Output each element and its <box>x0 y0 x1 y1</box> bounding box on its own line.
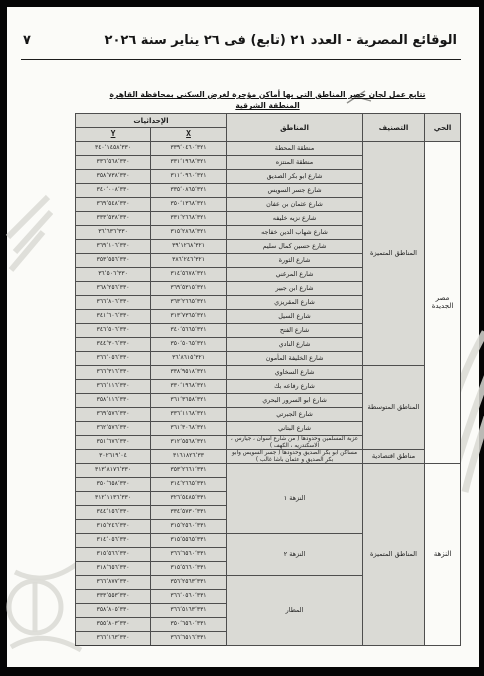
cell-area: شارع حسين كمال سليم <box>227 240 363 254</box>
cell-x-coordinate: ٣٣١٬٢٦٦٨٬٣٢١ <box>151 212 227 226</box>
document-title-line1: تتابع عمل لجان حصر المناطق التى بها أماك… <box>75 89 460 100</box>
document-title: تتابع عمل لجان حصر المناطق التى بها أماك… <box>75 89 460 113</box>
cell-classification: مناطق اقتصادية <box>363 450 425 464</box>
col-header-district: الحي <box>425 114 461 142</box>
cell-y-coordinate: ٣١٥٬٢٤٦٬٣٣٠ <box>76 520 151 534</box>
col-header-x: X <box>151 128 227 142</box>
cell-x-coordinate: ٣٦١٬٣٦٥٨٬٣٢١ <box>151 394 227 408</box>
cell-x-coordinate: ٣١٥٬٢٥٦٠٬٣٣١ <box>151 520 227 534</box>
cell-x-coordinate: ٣٤٠٬٥٦٦٥٬٣٢١ <box>151 324 227 338</box>
cell-y-coordinate: ٣١٥٬٥٦٦٬٣٣٠ <box>76 548 151 562</box>
cell-area: النزهة ٢ <box>227 534 363 576</box>
cell-area: شارع الفتح <box>227 324 363 338</box>
cell-x-coordinate: ٣٦٦٬٥١٦٣٬٣٣١ <box>151 604 227 618</box>
col-header-classification: التصنيف <box>363 114 425 142</box>
cell-district: النزهة <box>425 464 461 646</box>
cell-x-coordinate: ٣٦٦٬٦٥١٦٬٣٣١ <box>151 632 227 646</box>
cell-x-coordinate: ٣٩٬١٢٦٨٬٣٢١ <box>151 240 227 254</box>
table-header: الحي التصنيف المناطق الإحداثيات X Y <box>76 114 461 142</box>
cell-x-coordinate: ٣٦٦٬٠٥٦٠٬٣٣١ <box>151 590 227 604</box>
cell-y-coordinate: ٣٤٠٬١٤٥٨٬٣٣٠ <box>76 142 151 156</box>
cell-y-coordinate: ٣٥٥٬٨٠٣٬٣٣٠ <box>76 618 151 632</box>
cell-y-coordinate: ٣٣٣٬٥٣٨٬٣٣٠ <box>76 212 151 226</box>
cell-classification: المناطق المتميزة <box>363 464 425 646</box>
cell-classification: المناطق المتوسطة <box>363 366 425 450</box>
cell-x-coordinate: ٣٦٬٨٦١٥٬٣٢١ <box>151 352 227 366</box>
cell-x-coordinate: ٣٦٣٬٢٦٦٥٬٣٢١ <box>151 296 227 310</box>
cell-y-coordinate: ٣٦٦٬٨٧٧٬٣٣٠ <box>76 576 151 590</box>
cell-y-coordinate: ٣٥٨٬٧٣٨٬٣٣٠ <box>76 170 151 184</box>
cell-y-coordinate: ٣٦٦٬٠٥٦٬٣٣٠ <box>76 352 151 366</box>
cell-y-coordinate: ٣٠٢٦١٩٬٠٤ <box>76 450 151 464</box>
cell-y-coordinate: ٣١٢٬١١٣٦٬٣٣٠ <box>76 492 151 506</box>
cell-y-coordinate: ٣٤٤٬١٥٦٬٣٣٠ <box>76 506 151 520</box>
scanned-page-frame: الوقائع المصرية - العدد ٢١ (تابع) فى ٢٦ … <box>0 0 484 676</box>
cell-y-coordinate: ٣٤٤٬٣٠٦٬٣٣٠ <box>76 338 151 352</box>
cell-area: شارع ابو بكر الصديق <box>227 170 363 184</box>
cell-y-coordinate: ٣٦٬٥٠٦٬٣٣٠ <box>76 268 151 282</box>
cell-y-coordinate: ٣٦٦٬١٦٣٬٣٣٠ <box>76 632 151 646</box>
cell-x-coordinate: ٣٢٦٬٥٤٨٥٬٣٣١ <box>151 492 227 506</box>
cell-x-coordinate: ٣١٥٬٢٨٦٨٬٣٢١ <box>151 226 227 240</box>
table-row: النزهةالمناطق المتميزةالنزهة ١٣٥٣٬٢٦٦١٬٣… <box>76 464 461 478</box>
cell-y-coordinate: ٣٦٢٬٥٧٦٬٣٣٠ <box>76 422 151 436</box>
cell-area: المطار <box>227 576 363 646</box>
cell-y-coordinate: ٣٤١٬٦٠٦٬٣٣٠ <box>76 310 151 324</box>
cell-y-coordinate: ٣٥٣٬٥٥٦٬٣٣٠ <box>76 254 151 268</box>
cell-x-coordinate: ٣٣١٬١٩٦٨٬٣٢١ <box>151 156 227 170</box>
cell-area: شارع رفاعه بك <box>227 380 363 394</box>
cell-classification: المناطق المتميزة <box>363 142 425 366</box>
cell-y-coordinate: ٣٣٦٬٥٦٨٬٣٣٠ <box>76 156 151 170</box>
gazette-header: الوقائع المصرية - العدد ٢١ (تابع) فى ٢٦ … <box>23 33 457 48</box>
col-header-areas: المناطق <box>227 114 363 142</box>
cell-area: شارع الثورة <box>227 254 363 268</box>
cell-area: مساكن ابو بكر الصديق وحدودها ( جسر السوي… <box>227 450 363 464</box>
cell-x-coordinate: ٣١٣٬٧٣٦٥٬٣٢١ <box>151 310 227 324</box>
cell-area: شارع جسر السويس <box>227 184 363 198</box>
cell-area: شارع نزيه خليفه <box>227 212 363 226</box>
cell-y-coordinate: ٣٦٦٬١١٦٬٣٣٠ <box>76 380 151 394</box>
cell-y-coordinate: ٣٥٨٬١١٦٬٣٣٠ <box>76 394 151 408</box>
gazette-title: الوقائع المصرية - العدد ٢١ (تابع) فى ٢٦ … <box>105 33 457 48</box>
cell-area: منطقة المنتزه <box>227 156 363 170</box>
cell-x-coordinate: ٣٦١٬٣٠٦٨٬٣٢١ <box>151 422 227 436</box>
cell-y-coordinate: ٣٦٩٬٥٧٦٬٣٣٠ <box>76 408 151 422</box>
cell-x-coordinate: ٣٨٦٬٢٤٦٬٣٢١ <box>151 254 227 268</box>
document-title-line2: المنطقة الشرقية <box>75 100 460 112</box>
cell-x-coordinate: ٣٥٦٬٢٥٦٣٬٣٣١ <box>151 576 227 590</box>
cell-x-coordinate: ٣٥٠٬١٣٦٨٬٣٢١ <box>151 198 227 212</box>
cell-x-coordinate: ٣٦٦٬٦٥٦٠٬٣٣١ <box>151 548 227 562</box>
cell-x-coordinate: ٣٣٠٬١٩٦٨٬٣٢١ <box>151 380 227 394</box>
cell-area: شارع شهاب الدين خفاجه <box>227 226 363 240</box>
col-header-coordinates: الإحداثيات <box>76 114 227 128</box>
cell-y-coordinate: ٣٦٩٬٥٤٨٬٣٣٠ <box>76 198 151 212</box>
cell-x-coordinate: ٣٣٤٬٥٧٣٠٬٣٣١ <box>151 506 227 520</box>
table-row: مناطق اقتصاديةمساكن ابو بكر الصديق وحدود… <box>76 450 461 464</box>
cell-area: شارع المرغني <box>227 268 363 282</box>
cell-area: شارع الجبرتي <box>227 408 363 422</box>
survey-table-container: الحي التصنيف المناطق الإحداثيات X Y مصر … <box>75 113 460 646</box>
cell-y-coordinate: ٣٤٦٬٥٠٦٬٣٣٠ <box>76 324 151 338</box>
cell-district: مصر الجديدة <box>425 142 461 464</box>
cell-y-coordinate: ٣٣٣٬٥٥٣٬٣٣٠ <box>76 590 151 604</box>
cell-area: شارع الخليفة المأمون <box>227 352 363 366</box>
cell-y-coordinate: ٣٦٬٦٣٦٬٣٣٠ <box>76 226 151 240</box>
cell-x-coordinate: ٣٣٩٬٠٤٦٠٬٣٢١ <box>151 142 227 156</box>
header-rule <box>21 59 461 60</box>
cell-y-coordinate: ٣٦٦٬٣١٦٬٣٣٠ <box>76 366 151 380</box>
cell-x-coordinate: ٣٥٠٬٥٠٦٥٬٣٢١ <box>151 338 227 352</box>
cell-x-coordinate: ٣١٥٬٥٦٦٠٬٣٣١ <box>151 562 227 576</box>
cell-x-coordinate: ٣٣٥٬٠٨٦٥٬٣٢١ <box>151 184 227 198</box>
page-number: ٧ <box>23 33 31 48</box>
cell-x-coordinate: ٣١٦١٨٢٦٬٣٣ <box>151 450 227 464</box>
cell-x-coordinate: ٣٣٦٬١١٦٨٬٣٢١ <box>151 408 227 422</box>
cell-area: شارع النادي <box>227 338 363 352</box>
cell-y-coordinate: ٣٥٨٬٨٠٥٬٣٣٠ <box>76 604 151 618</box>
cell-area: منطقة المحطة <box>227 142 363 156</box>
table-body: مصر الجديدةالمناطق المتميزةمنطقة المحطة٣… <box>76 142 461 646</box>
survey-table: الحي التصنيف المناطق الإحداثيات X Y مصر … <box>75 113 461 646</box>
table-row: المناطق المتوسطةشارع السخاوي٣٣٨٬٩٥١٨٬٣٢١… <box>76 366 461 380</box>
cell-y-coordinate: ٣٥١٬٦٧٦٬٣٣٠ <box>76 436 151 450</box>
cell-area: شارع المقريزي <box>227 296 363 310</box>
cell-area: شارع البتاني <box>227 422 363 436</box>
cell-y-coordinate: ٣٦٦٬٨٠٦٬٣٣٠ <box>76 296 151 310</box>
cell-area: شارع ابن جبير <box>227 282 363 296</box>
cell-area: شارع ابو السرور البحري <box>227 394 363 408</box>
cell-x-coordinate: ٣٦٩٬٥٣١٥٬٣٢١ <box>151 282 227 296</box>
cell-x-coordinate: ٣١١٬٠٩٦٠٬٣٢١ <box>151 170 227 184</box>
cell-area: شارع السخاوي <box>227 366 363 380</box>
cell-y-coordinate: ٣٦٨٬٢٥٦٬٣٣٠ <box>76 282 151 296</box>
cell-y-coordinate: ٣١٨٬٦٥٦٬٣٣٠ <box>76 562 151 576</box>
cell-area: النزهة ١ <box>227 464 363 534</box>
watermark-emblem <box>5 552 85 662</box>
cell-y-coordinate: ٣٤٠٬٠٠٨٬٣٣٠ <box>76 184 151 198</box>
cell-y-coordinate: ٣٥٠٬٦٥٨٬٣٣٠ <box>76 478 151 492</box>
cell-area: شارع السيل <box>227 310 363 324</box>
cell-x-coordinate: ٣١٤٬٥٦٧٨٬٣٢١ <box>151 268 227 282</box>
watermark-left <box>3 192 53 282</box>
cell-area: شارع عثمان بن عفان <box>227 198 363 212</box>
gazette-paper: الوقائع المصرية - العدد ٢١ (تابع) فى ٢٦ … <box>7 7 479 667</box>
cell-y-coordinate: ٣٦٩٬١٠٦٬٣٣٠ <box>76 240 151 254</box>
cell-y-coordinate: ٣١٤٬٠٥٦٬٣٣٠ <box>76 534 151 548</box>
col-header-y: Y <box>76 128 151 142</box>
cell-x-coordinate: ٣٥٠٬٦٥٦٠٬٣٣١ <box>151 618 227 632</box>
cell-y-coordinate: ٣١٣٬٨١٧٦٬٣٣٠ <box>76 464 151 478</box>
cell-x-coordinate: ٣٥٣٬٢٦٦١٬٣٣١ <box>151 464 227 478</box>
cell-x-coordinate: ٣١٤٬٢٦٦٥٬٣٣١ <box>151 478 227 492</box>
cell-x-coordinate: ٣١٢٬٥٥٦٨٬٣٢١ <box>151 436 227 450</box>
cell-area: عزبة المسلمين وحدودها ( من شارع اسوان ، … <box>227 436 363 450</box>
cell-x-coordinate: ٣٣٨٬٩٥١٨٬٣٢١ <box>151 366 227 380</box>
table-row: مصر الجديدةالمناطق المتميزةمنطقة المحطة٣… <box>76 142 461 156</box>
cell-x-coordinate: ٣١٥٬٥٥٦٥٬٣٣١ <box>151 534 227 548</box>
